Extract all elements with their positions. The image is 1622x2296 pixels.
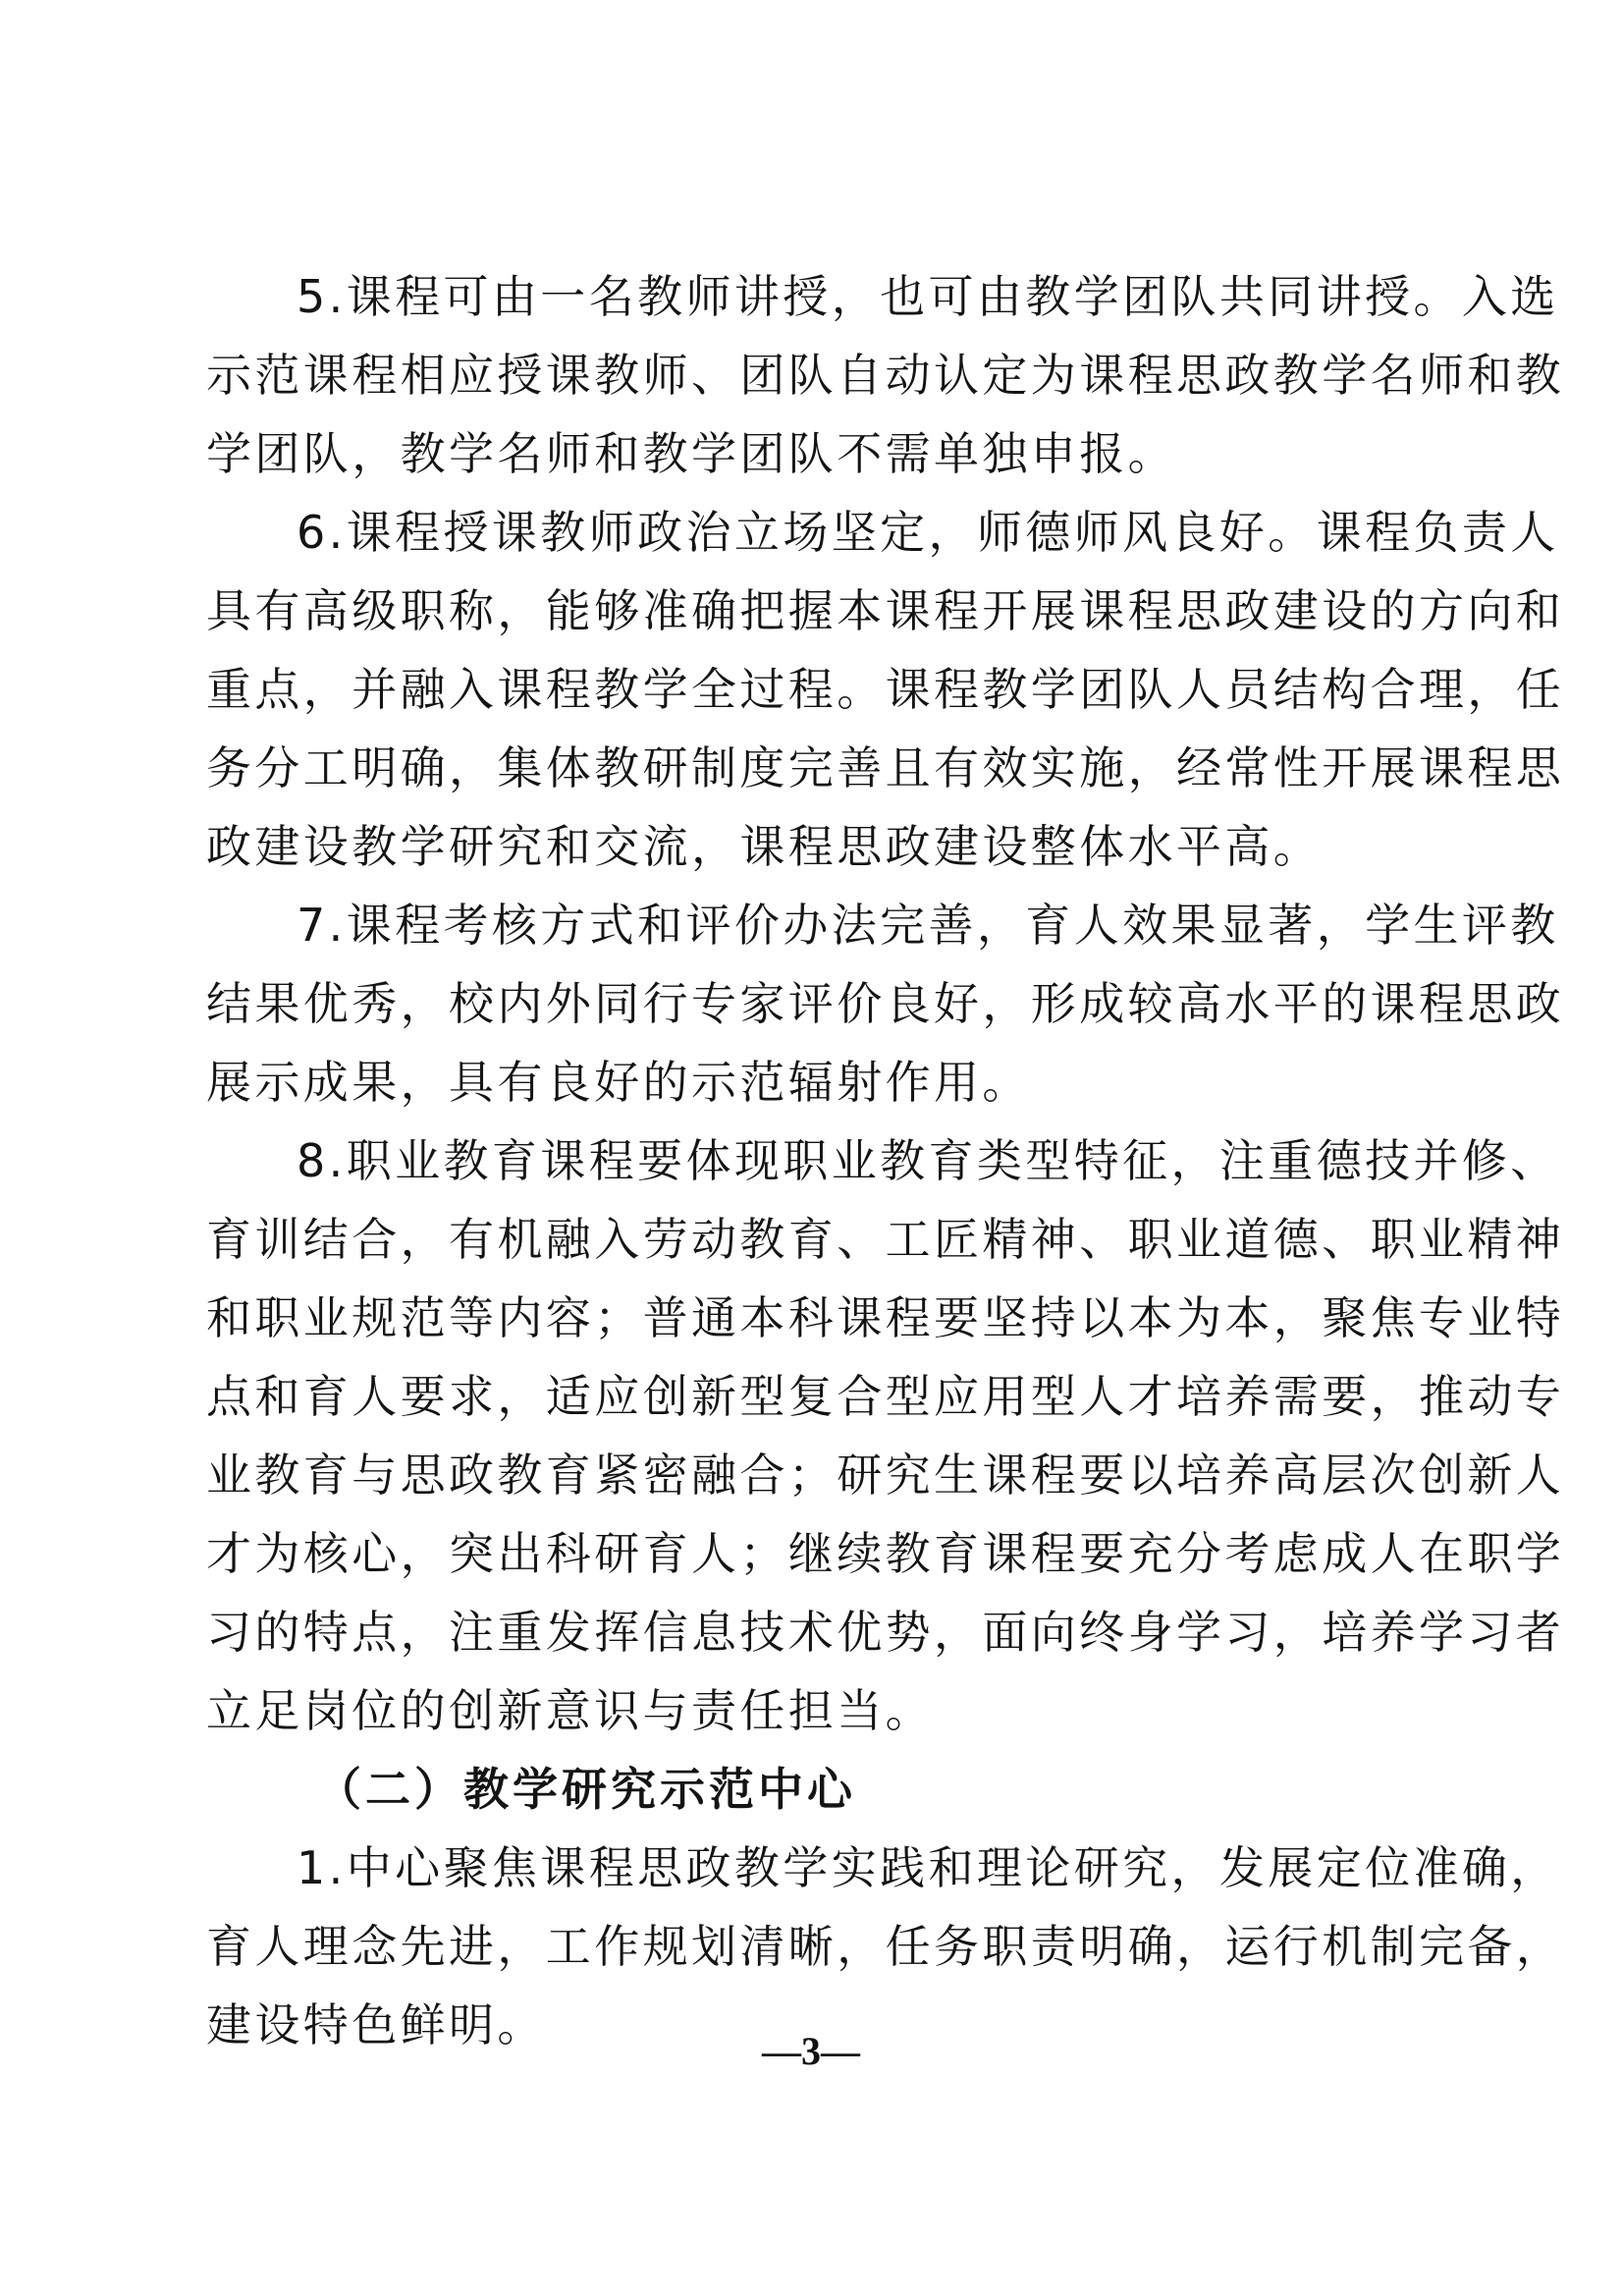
paragraph-5-line-3: 学团队，教学名师和教学团队不需单独申报。 bbox=[206, 414, 1176, 493]
paragraph-6-line-4: 务分工明确，集体教研制度完善且有效实施，经常性开展课程思 bbox=[206, 729, 1564, 807]
paragraph-5-line-2: 示范课程相应授课教师、团队自动认定为课程思政教学名师和教 bbox=[206, 336, 1564, 414]
paragraph-8-line-5: 业教育与思政教育紧密融合；研究生课程要以培养高层次创新人 bbox=[206, 1436, 1564, 1514]
paragraph-6-line-1: 6.课程授课教师政治立场坚定，师德师风良好。课程负责人 bbox=[297, 493, 1559, 572]
section-paragraph-1-line-1: 1.中心聚焦课程思政教学实践和理论研究，发展定位准确， bbox=[297, 1829, 1559, 1907]
paragraph-7-line-3: 展示成果，具有良好的示范辐射作用。 bbox=[206, 1043, 1031, 1121]
paragraph-7-line-1: 7.课程考核方式和评价办法完善，育人效果显著，学生评教 bbox=[297, 886, 1559, 964]
paragraph-5-line-1: 5.课程可由一名教师讲授，也可由教学团队共同讲授。入选 bbox=[297, 257, 1559, 336]
page-number: —3— bbox=[0, 2027, 1622, 2076]
paragraph-6-line-2: 具有高级职称，能够准确把握本课程开展课程思政建设的方向和 bbox=[206, 572, 1564, 650]
paragraph-8-line-8: 立足岗位的创新意识与责任担当。 bbox=[206, 1671, 934, 1750]
section-heading: （二）教学研究示范中心 bbox=[316, 1750, 856, 1829]
section-paragraph-1-line-2: 育人理念先进，工作规划清晰，任务职责明确，运行机制完备， bbox=[206, 1907, 1564, 1986]
paragraph-8-line-7: 习的特点，注重发挥信息技术优势，面向终身学习，培养学习者 bbox=[206, 1593, 1564, 1671]
paragraph-8-line-4: 点和育人要求，适应创新型复合型应用型人才培养需要，推动专 bbox=[206, 1357, 1564, 1436]
paragraph-8-line-6: 才为核心，突出科研育人；继续教育课程要充分考虑成人在职学 bbox=[206, 1514, 1564, 1593]
paragraph-6-line-3: 重点，并融入课程教学全过程。课程教学团队人员结构合理，任 bbox=[206, 650, 1564, 729]
paragraph-7-line-2: 结果优秀，校内外同行专家评价良好，形成较高水平的课程思政 bbox=[206, 964, 1564, 1043]
paragraph-8-line-3: 和职业规范等内容；普通本科课程要坚持以本为本，聚焦专业特 bbox=[206, 1279, 1564, 1357]
paragraph-8-line-1: 8.职业教育课程要体现职业教育类型特征，注重德技并修、 bbox=[297, 1121, 1559, 1200]
paragraph-8-line-2: 育训结合，有机融入劳动教育、工匠精神、职业道德、职业精神 bbox=[206, 1200, 1564, 1279]
paragraph-6-line-5: 政建设教学研究和交流，课程思政建设整体水平高。 bbox=[206, 807, 1322, 886]
